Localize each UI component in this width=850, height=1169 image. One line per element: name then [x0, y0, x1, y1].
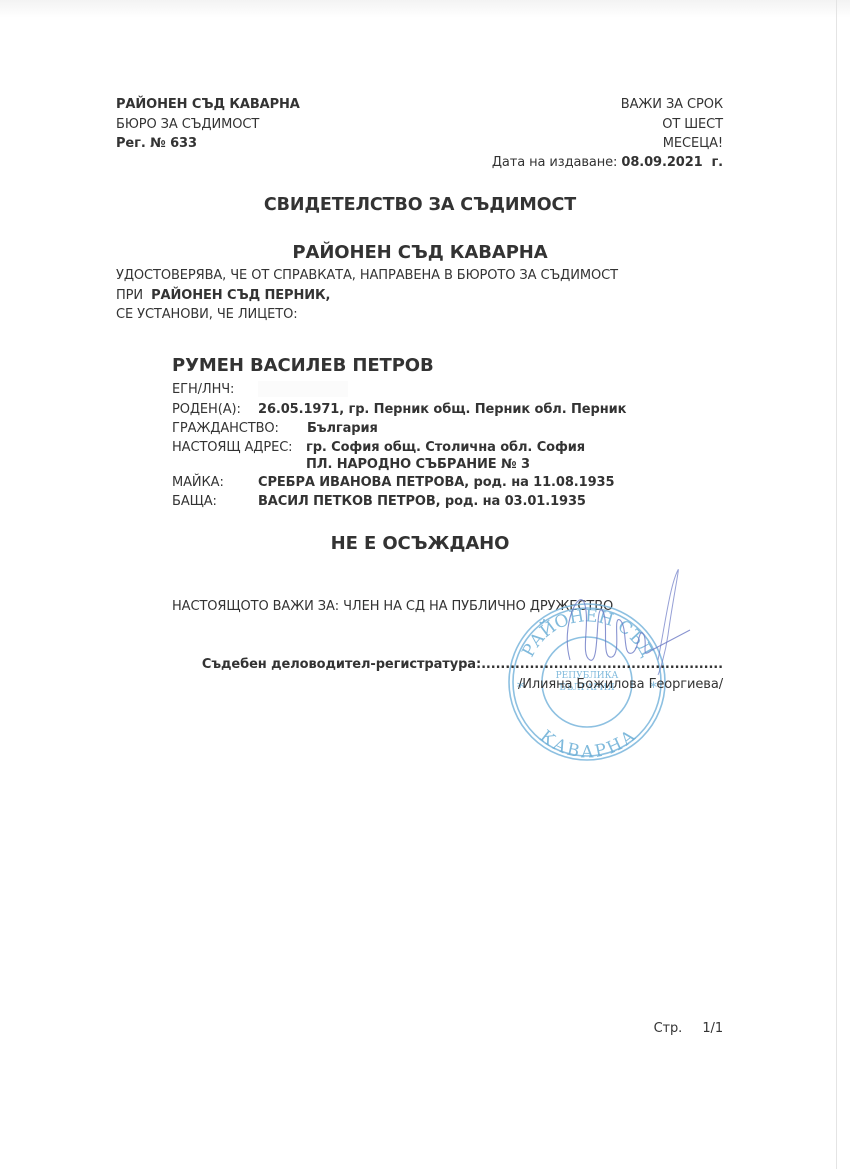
verdict: НЕ Е ОСЪЖДАНО [0, 533, 840, 555]
issue-date-value: 08.09.2021 г. [621, 155, 723, 170]
mother-label: МАЙКА: [172, 474, 224, 492]
signature-dots: ........................................… [481, 657, 723, 672]
svg-text:КАВАРНА: КАВАРНА [536, 726, 639, 762]
page-label: Стр. [654, 1021, 683, 1036]
person-full-name: РУМЕН ВАСИЛЕВ ПЕТРОВ [172, 355, 434, 377]
court-name: РАЙОНЕН СЪД КАВАРНА [116, 96, 300, 114]
born-value: 26.05.1971, гр. Перник общ. Перник обл. … [258, 401, 626, 419]
validity-line-3: МЕСЕЦА! [663, 135, 723, 153]
certifies-line-1: УДОСТОВЕРЯВА, ЧЕ ОТ СПРАВКАТА, НАПРАВЕНА… [116, 267, 618, 285]
stamp-bottom-text: КАВАРНА [536, 726, 639, 762]
scan-shadow-top [0, 0, 850, 18]
address-label: НАСТОЯЩ АДРЕС: [172, 439, 292, 457]
document-title: СВИДЕТЕЛСТВО ЗА СЪДИМОСТ [0, 194, 840, 216]
scan-edge-line [836, 0, 837, 1169]
mother-value: СРЕБРА ИВАНОВА ПЕТРОВА, род. на 11.08.19… [258, 474, 614, 492]
source-court: РАЙОНЕН СЪД ПЕРНИК, [151, 288, 330, 303]
egn-label: ЕГН/ЛНЧ: [172, 381, 234, 399]
bureau-name: БЮРО ЗА СЪДИМОСТ [116, 116, 259, 134]
born-label: РОДЕН(А): [172, 401, 241, 419]
certifies-prefix: ПРИ [116, 288, 143, 303]
reg-number: Рег. № 633 [116, 135, 197, 153]
address-line-1: гр. София общ. Столична обл. София [306, 439, 585, 457]
citizenship-label: ГРАЖДАНСТВО: [172, 420, 279, 438]
father-label: БАЩА: [172, 493, 217, 511]
address-line-2: ПЛ. НАРОДНО СЪБРАНИЕ № 3 [306, 456, 530, 474]
issue-date-label: Дата на издаване: [492, 155, 618, 170]
certifies-line-3: СЕ УСТАНОВИ, ЧЕ ЛИЦЕТО: [116, 306, 298, 324]
citizenship-value: България [307, 420, 378, 438]
signature-role: Съдебен деловодител-регистратура: [202, 657, 481, 672]
signature-line: Съдебен деловодител-регистратура:.......… [0, 656, 723, 674]
page-number: Стр. 1/1 [654, 1020, 723, 1038]
issue-date: Дата на издаване: 08.09.2021 г. [492, 154, 723, 172]
certifies-line-2: ПРИ РАЙОНЕН СЪД ПЕРНИК, [116, 287, 330, 305]
purpose: НАСТОЯЩОТО ВАЖИ ЗА: ЧЛЕН НА СД НА ПУБЛИЧ… [172, 598, 613, 616]
egn-value-redacted [258, 381, 348, 397]
page-value: 1/1 [702, 1021, 723, 1036]
signer-name: /Илияна Божилова Георгиева/ [518, 676, 723, 694]
issuer-court: РАЙОНЕН СЪД КАВАРНА [0, 242, 840, 264]
validity-line-2: ОТ ШЕСТ [662, 116, 723, 134]
validity-line-1: ВАЖИ ЗА СРОК [621, 96, 723, 114]
father-value: ВАСИЛ ПЕТКОВ ПЕТРОВ, род. на 03.01.1935 [258, 493, 586, 511]
